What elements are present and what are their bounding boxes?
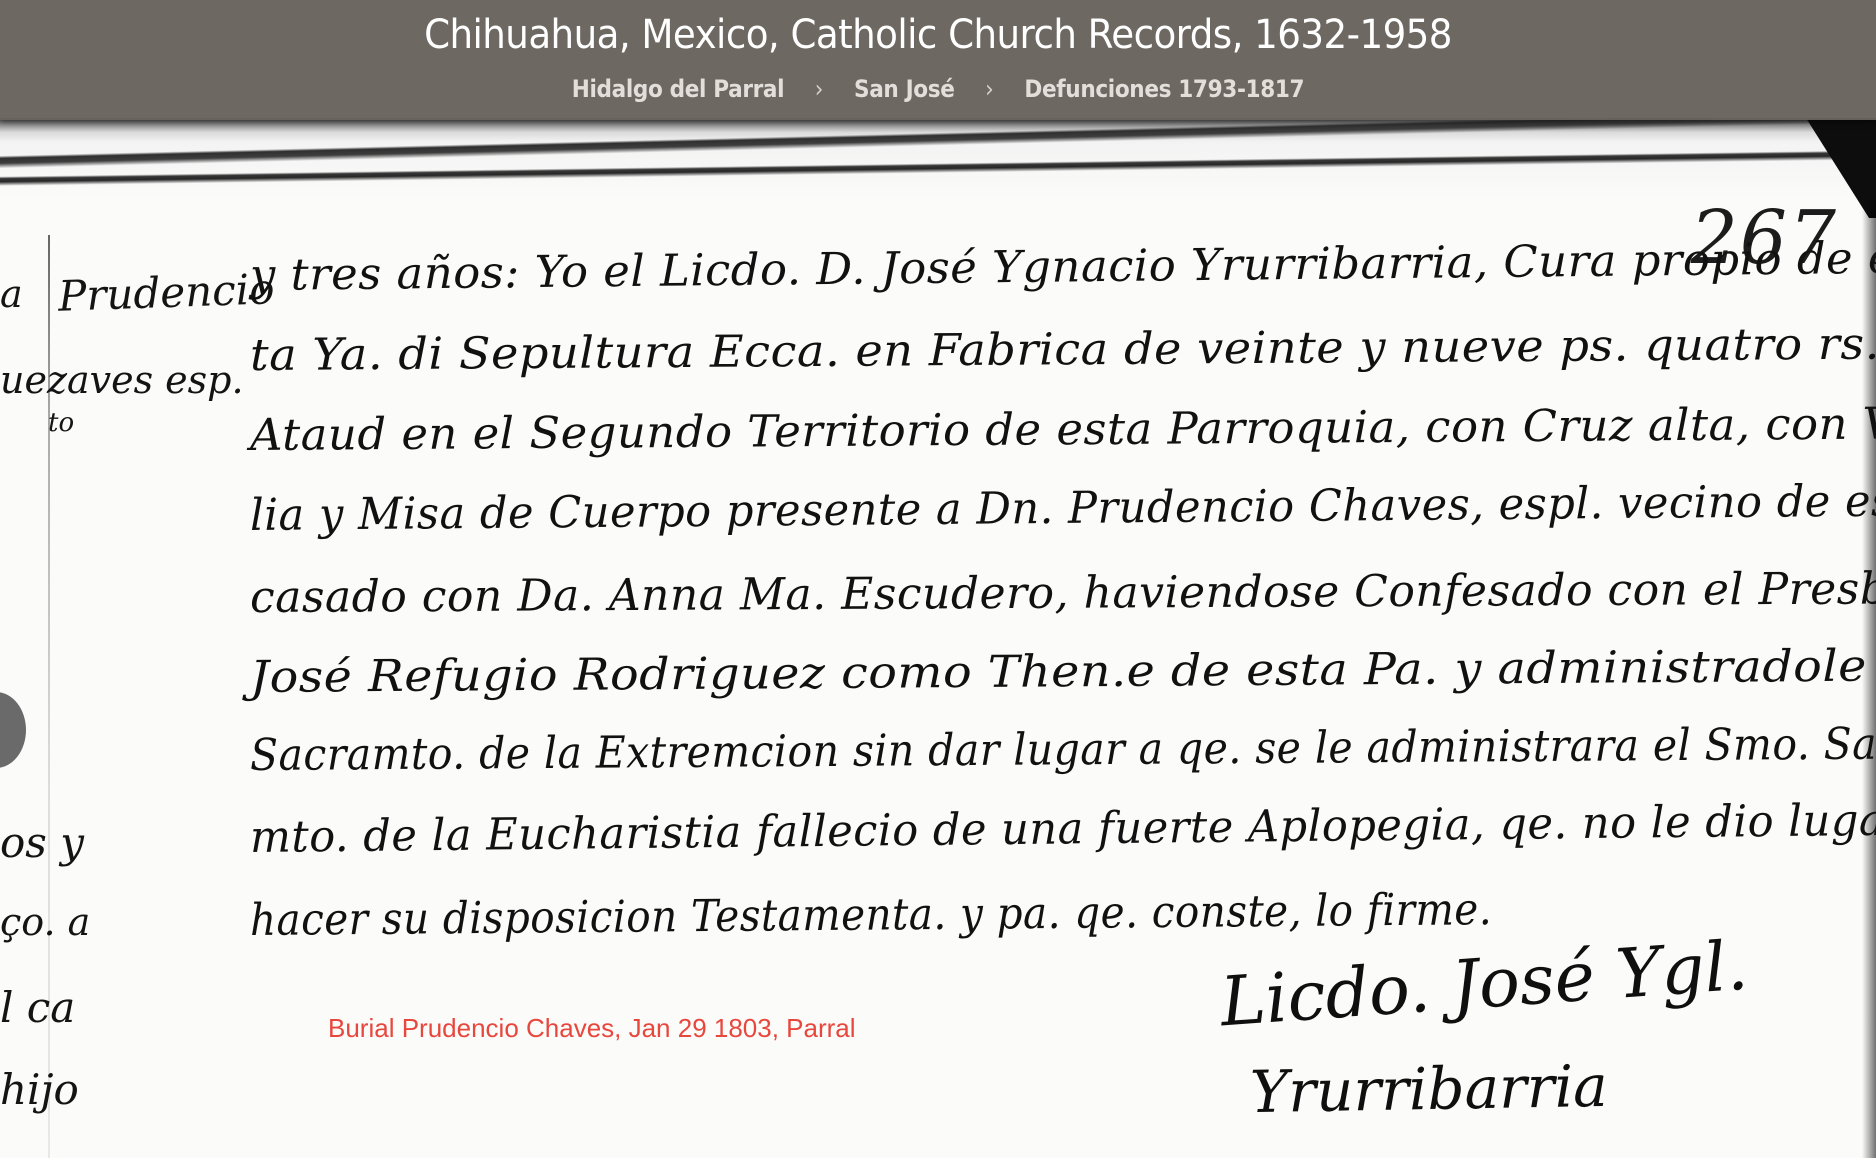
breadcrumb-parish[interactable]: San José: [854, 70, 955, 108]
record-line: Ataud en el Segundo Territorio de esta P…: [250, 398, 1876, 461]
scan-page-top-edge: [0, 118, 1876, 198]
record-line: casado con Da. Anna Ma. Escudero, havien…: [250, 563, 1876, 623]
record-caption: Burial Prudencio Chaves, Jan 29 1803, Pa…: [328, 1013, 856, 1044]
signature-line-2: Yrurribarria: [1249, 1052, 1608, 1126]
previous-image-button[interactable]: [0, 692, 26, 768]
breadcrumb-volume[interactable]: Defunciones 1793-1817: [1024, 70, 1304, 108]
margin-note: a: [0, 272, 23, 316]
record-line: mto. de la Eucharistia fallecio de una f…: [250, 794, 1876, 863]
margin-note: hijo: [0, 1065, 79, 1114]
margin-note-name: Prudencio: [57, 264, 275, 321]
margin-note: l ca: [0, 983, 75, 1032]
signature-line-1: Licdo. José Ygl.: [1218, 927, 1750, 1043]
chevron-right-icon: ›: [985, 70, 994, 108]
chevron-right-icon: ›: [815, 70, 824, 108]
margin-note: uezaves esp.: [0, 358, 244, 402]
breadcrumb-locality[interactable]: Hidalgo del Parral: [572, 70, 784, 108]
collection-header: Chihuahua, Mexico, Catholic Church Recor…: [0, 0, 1876, 120]
collection-title: Chihuahua, Mexico, Catholic Church Recor…: [66, 10, 1811, 60]
record-line: y tres años: Yo el Licdo. D. José Ygnaci…: [250, 232, 1876, 301]
record-line: Sacramto. de la Extremcion sin dar lugar…: [250, 718, 1876, 781]
margin-note: to: [48, 408, 74, 438]
record-image-viewer[interactable]: 267 a Prudencio uezaves esp. to os y ço.…: [0, 0, 1876, 1158]
margin-note: ço. a: [0, 900, 90, 944]
record-line: lia y Misa de Cuerpo presente a Dn. Prud…: [250, 475, 1876, 541]
margin-note: os y: [0, 818, 84, 867]
record-line: ta Ya. di Sepultura Ecca. en Fabrica de …: [250, 318, 1876, 381]
breadcrumb: Hidalgo del Parral › San José › Defuncio…: [94, 70, 1782, 108]
record-line: José Refugio Rodriguez como Then.e de es…: [250, 640, 1876, 703]
record-line: hacer su disposicion Testamenta. y pa. q…: [250, 884, 1492, 946]
